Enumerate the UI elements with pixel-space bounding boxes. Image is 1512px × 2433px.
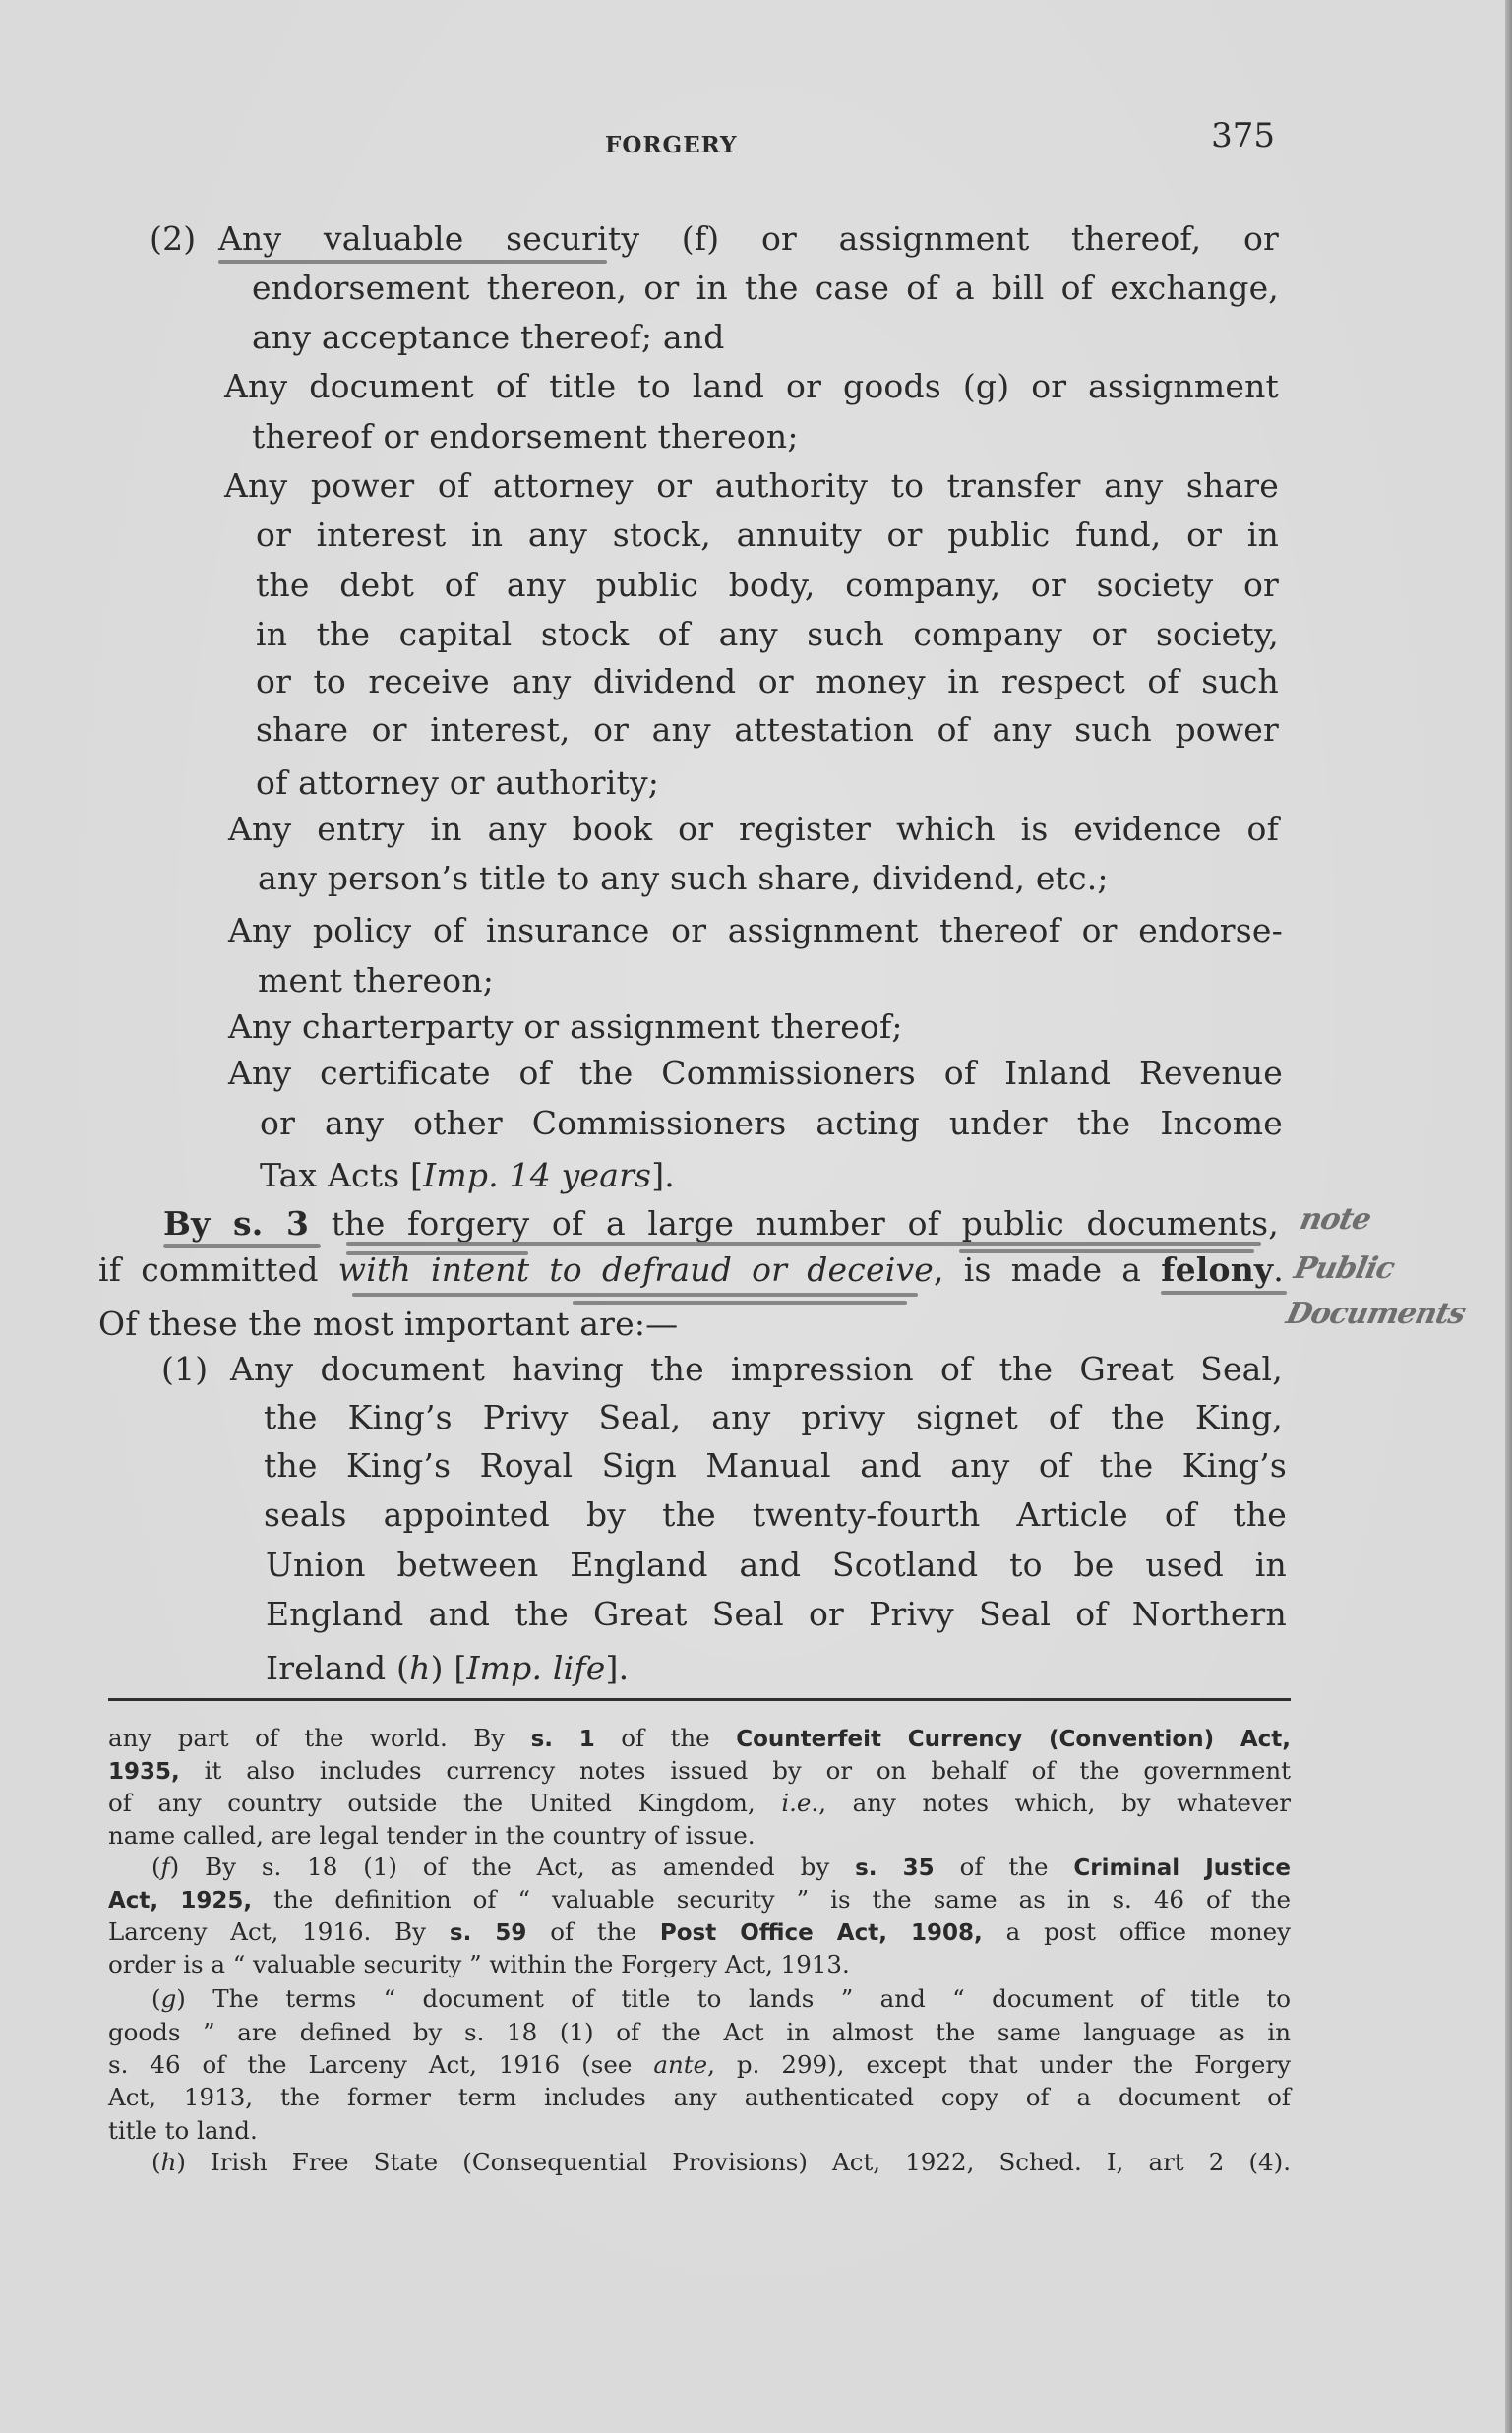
body-line: Any power of attorney or authority to tr… [224, 466, 1279, 506]
text: Larceny Act, 1916. By [108, 1917, 450, 1946]
body-line: Union between England and Scotland to be… [266, 1546, 1287, 1585]
handwritten-note: Public [1291, 1251, 1397, 1286]
pencil-underline [346, 1251, 528, 1255]
footnote-rule [108, 1698, 1291, 1701]
pencil-underline [959, 1249, 1254, 1253]
text: s. 46 of the Larceny Act, 1916 (see [108, 2050, 653, 2079]
body-line: thereof or endorsement thereon; [252, 417, 1279, 456]
body-line: By s. 3 the forgery of a large number of… [163, 1204, 1279, 1244]
text: it also includes currency notes issued b… [180, 1756, 1291, 1785]
body-line: in the capital stock of any such company… [256, 615, 1279, 654]
text: if committed [98, 1250, 338, 1289]
body-line: share or interest, or any attestation of… [256, 710, 1279, 750]
body-line: Any policy of insurance or assignment th… [228, 911, 1283, 950]
text: ]. [606, 1649, 630, 1687]
text: of any country outside the United Kingdo… [108, 1789, 781, 1817]
footnote-line: Act, 1925, the definition of “ valuable … [108, 1885, 1291, 1916]
body-line: Tax Acts [Imp. 14 years]. [260, 1156, 1283, 1195]
bold-act: Counterfeit Currency (Convention) Act, [736, 1727, 1291, 1752]
body-line: if committed with intent to defraud or d… [98, 1250, 1284, 1290]
body-line: England and the Great Seal or Privy Seal… [266, 1595, 1287, 1634]
footnote-letter: g [161, 1984, 177, 2013]
bold-act: Criminal Justice [1073, 1855, 1291, 1881]
body-line: Any document of title to land or goods (… [224, 367, 1279, 406]
text: . [1273, 1250, 1284, 1289]
body-line: the King’s Royal Sign Manual and any of … [264, 1446, 1287, 1486]
text: Tax Acts [ [260, 1156, 423, 1194]
body-line: Any valuable security (f) or assignment … [218, 219, 1279, 259]
bold-ref: s. 59 [450, 1920, 527, 1946]
body-line: Ireland (h) [Imp. life]. [266, 1649, 1287, 1688]
bold-ref: s. 1 [531, 1727, 595, 1752]
footnote-letter: f [161, 1853, 170, 1881]
text: the forgery of a large number of public … [309, 1204, 1279, 1243]
text: of the [595, 1724, 736, 1752]
pencil-underline [346, 1242, 1261, 1246]
penalty-italic: Imp. 14 years [423, 1156, 651, 1194]
bold-act: Post Office Act, 1908, [660, 1920, 983, 1946]
footnote-line: title to land. [108, 2116, 1291, 2146]
pencil-underline [573, 1301, 907, 1305]
footnote-line: goods ” are defined by s. 18 (1) of the … [108, 2018, 1291, 2047]
pencil-underline [218, 260, 607, 264]
handwritten-note: note [1297, 1202, 1373, 1237]
penalty-italic: Imp. life [466, 1649, 605, 1687]
body-line: Any entry in any book or register which … [228, 810, 1279, 849]
body-line: Any document having the impression of th… [230, 1350, 1283, 1389]
body-line: any person’s title to any such share, di… [258, 859, 1279, 898]
text: ) The terms “ document of title to lands… [176, 1984, 1291, 2013]
footnote-g: (g) The terms “ document of title to lan… [151, 1984, 1291, 2014]
footnote-line: s. 46 of the Larceny Act, 1916 (see ante… [108, 2050, 1291, 2080]
text: , is made a [934, 1250, 1161, 1289]
text: ( [151, 1853, 161, 1881]
body-line: the debt of any public body, company, or… [256, 566, 1279, 605]
italic: i.e. [781, 1789, 818, 1817]
text: of the [526, 1917, 660, 1946]
bold-year: 1935, [108, 1759, 180, 1785]
section-ref: By s. 3 [163, 1204, 309, 1243]
handwritten-note: Documents [1283, 1297, 1468, 1331]
text: ) [ [431, 1649, 467, 1687]
footnote-line: order is a “ valuable security ” within … [108, 1950, 1291, 1979]
text: ( [151, 2148, 161, 2176]
pencil-underline [352, 1293, 918, 1297]
bold-ref: s. 35 [855, 1855, 935, 1881]
text: ]. [651, 1156, 675, 1194]
text: , any notes which, by whatever [818, 1789, 1291, 1817]
footnote-line: 1935, it also includes currency notes is… [108, 1756, 1291, 1787]
pencil-underline [1161, 1291, 1287, 1295]
bold-act: Act, 1925, [108, 1888, 252, 1914]
body-line: the King’s Privy Seal, any privy signet … [264, 1398, 1283, 1437]
text: , p. 299), except that under the Forgery [707, 2050, 1291, 2079]
body-line: ment thereon; [258, 961, 1279, 1001]
footnote-line: Act, 1913, the former term includes any … [108, 2083, 1291, 2112]
body-line: endorsement thereon, or in the case of a… [252, 269, 1279, 308]
text: any part of the world. By [108, 1724, 531, 1752]
page-number: 375 [1210, 116, 1275, 155]
text: a post office money [983, 1917, 1291, 1946]
page-edge-shadow [1505, 0, 1512, 2433]
pencil-underline [163, 1244, 321, 1248]
text: ) By s. 18 (1) of the Act, as amended by [170, 1853, 855, 1881]
body-line: or any other Commissioners acting under … [260, 1104, 1283, 1143]
footnote-line: Larceny Act, 1916. By s. 59 of the Post … [108, 1917, 1291, 1948]
text: ) Irish Free State (Consequential Provis… [176, 2148, 1291, 2176]
text: the definition of “ valuable security ” … [252, 1885, 1291, 1914]
body-line: any acceptance thereof; and [252, 318, 1279, 357]
body-line: or interest in any stock, annuity or pub… [256, 516, 1279, 555]
body-line: seals appointed by the twenty-fourth Art… [264, 1495, 1287, 1535]
body-line: Any charterparty or assignment thereof; [228, 1007, 1279, 1047]
footnote-line: of any country outside the United Kingdo… [108, 1789, 1291, 1818]
body-line: of attorney or authority; [256, 763, 1279, 803]
intent-italic: with intent to defraud or deceive [338, 1250, 934, 1289]
footnote-h: (h) Irish Free State (Consequential Prov… [151, 2148, 1291, 2177]
body-line: Any certificate of the Commissioners of … [228, 1054, 1283, 1093]
footnote-letter: h [161, 2148, 177, 2176]
footnote-f: (f) By s. 18 (1) of the Act, as amended … [151, 1853, 1291, 1883]
felony-bold: felony [1161, 1250, 1273, 1289]
footnote-ref-h: h [409, 1649, 430, 1687]
italic: ante [653, 2050, 707, 2079]
footnote-line: name called, are legal tender in the cou… [108, 1821, 1291, 1851]
list-marker: (1) [161, 1350, 208, 1389]
body-line: Of these the most important are:— [98, 1305, 1279, 1344]
running-head: FORGERY [605, 132, 737, 158]
text: ( [151, 1984, 161, 2013]
text: of the [935, 1853, 1074, 1881]
list-marker: (2) [150, 219, 196, 259]
footnote-line: any part of the world. By s. 1 of the Co… [108, 1724, 1291, 1754]
body-line: or to receive any dividend or money in r… [256, 662, 1279, 701]
text: Ireland ( [266, 1649, 409, 1687]
